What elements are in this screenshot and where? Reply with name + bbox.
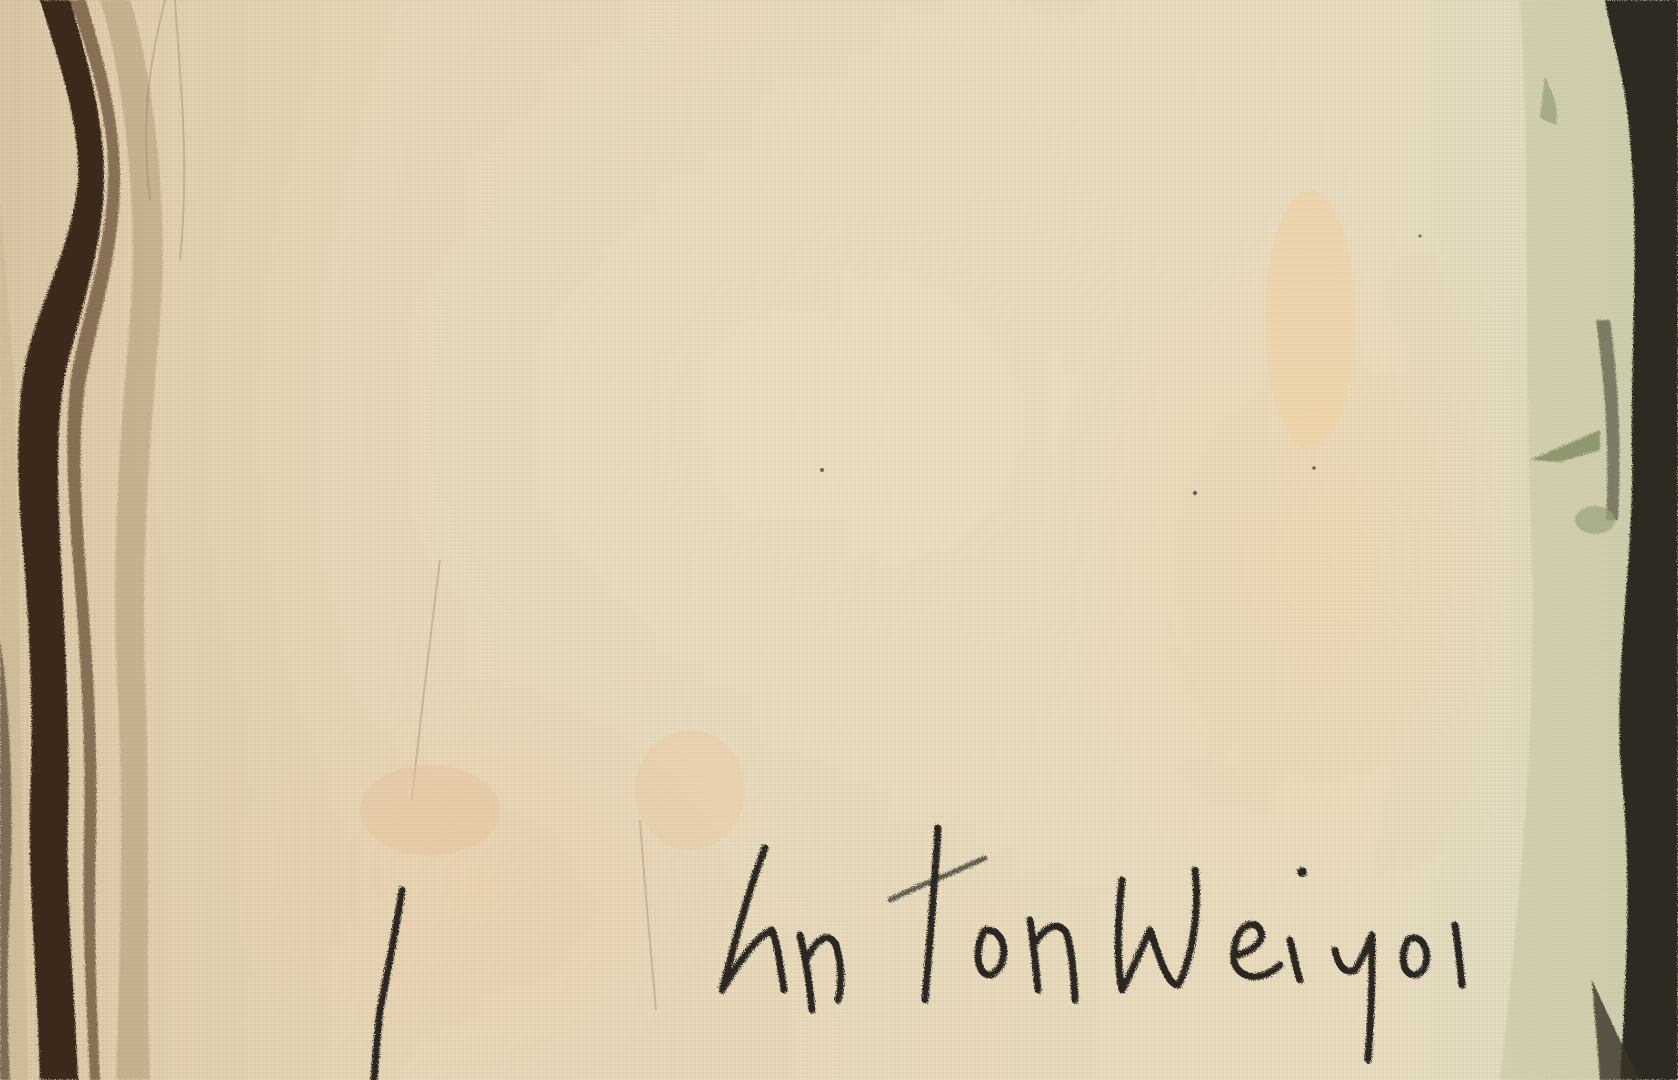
painting-strokes <box>0 0 1678 1080</box>
left-edge-stroke <box>0 0 163 1080</box>
charcoal-diagonal <box>374 890 402 1080</box>
right-edge-stroke <box>1500 0 1678 1080</box>
artist-signature <box>722 828 1462 1060</box>
peach-smudges <box>360 190 1355 855</box>
faint-sketch-lines <box>146 0 656 1010</box>
painting-canvas: Anton Weiyo Close-up photograph of the l… <box>0 0 1678 1080</box>
